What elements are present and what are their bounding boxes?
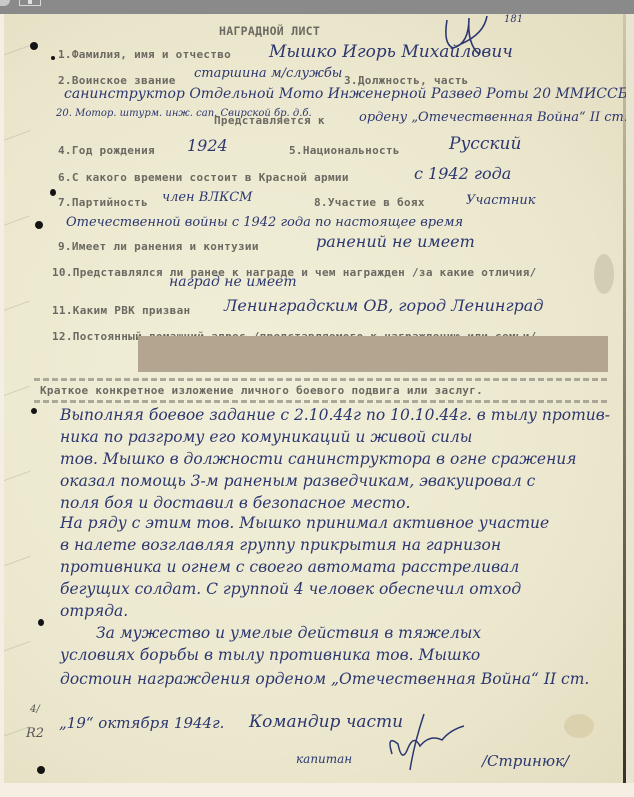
- field-value-combat: Участник Отечественной войны с 1942 года…: [66, 190, 616, 234]
- field-value-draft: Ленинградским ОВ, город Ленинград: [224, 296, 543, 315]
- narrative-line: оказал помощь 3-м раненым разведчикам, э…: [60, 472, 535, 490]
- field-label: 11.Каким РВК призван: [52, 304, 190, 317]
- stain: [564, 714, 594, 738]
- document-title: НАГРАДНОЙ ЛИСТ: [219, 24, 320, 38]
- narrative-line: условиях борьбы в тылу противника тов. М…: [60, 646, 480, 664]
- field-label: 10.Представлялся ли ранее к награде и че…: [52, 266, 602, 279]
- top-mark: 181: [504, 14, 523, 25]
- field-value-prev-awards: наград не имеет: [169, 274, 297, 290]
- field-label: 1.Фамилия, имя и отчество: [58, 48, 231, 61]
- punch-hole: [38, 619, 44, 626]
- field-label: 4.Год рождения: [58, 144, 155, 157]
- narrative-line: бегущих солдат. С группой 4 человек обес…: [60, 580, 521, 598]
- narrative-line: тов. Мышко в должности санинструктора в …: [60, 450, 577, 468]
- section-heading: Краткое конкретное изложение личного бое…: [40, 384, 483, 397]
- commander-signature-icon: [384, 704, 474, 774]
- scanned-document: 181 НАГРАДНОЙ ЛИСТ 1.Фамилия, имя и отче…: [4, 14, 626, 783]
- field-value-nationality: Русский: [449, 134, 521, 154]
- redacted-address: [138, 336, 608, 372]
- signatory-title: Командир части: [249, 712, 403, 732]
- punch-hole: [50, 189, 56, 196]
- narrative-line: отряда.: [60, 602, 128, 620]
- field-value-name: Мышко Игорь Михайлович: [269, 42, 513, 62]
- punch-hole: [35, 221, 43, 229]
- field-value-rank: старшина м/службы: [194, 66, 342, 81]
- margin-note: R2: [26, 726, 44, 741]
- field-value-army-since: с 1942 года: [414, 164, 511, 183]
- narrative-line: противника и огнем с своего автомата рас…: [60, 558, 519, 576]
- field-label: 5.Национальность: [289, 144, 400, 157]
- page-icon[interactable]: [19, 0, 41, 6]
- paper-edge: [623, 14, 626, 783]
- narrative-line: достоин награждения орденом „Отечественн…: [60, 670, 589, 688]
- divider: [34, 400, 609, 403]
- signatory-name: /Стринюк/: [482, 752, 569, 770]
- document-date: „19“ октября 1944г.: [59, 714, 224, 732]
- narrative-line: Выполняя боевое задание с 2.10.44г по 10…: [60, 406, 610, 424]
- field-value-wounds: ранений не имеет: [316, 232, 475, 251]
- field-label: Представляется к: [214, 114, 325, 127]
- narrative-line: поля боя и доставил в безопасное место.: [60, 494, 410, 512]
- punch-hole: [37, 766, 45, 774]
- viewer-toolbar: [0, 0, 634, 14]
- field-value-position: санинструктор Отдельной Мото Инженерной …: [64, 86, 626, 102]
- narrative-line: в налете возглавляя группу прикрытия на …: [60, 536, 501, 554]
- punch-hole: [31, 408, 37, 414]
- signatory-rank: капитан: [296, 752, 352, 766]
- punch-hole: [30, 42, 38, 50]
- paper-fold: [4, 14, 30, 783]
- margin-fraction: 4/: [30, 704, 40, 715]
- page-margin: [626, 14, 634, 783]
- narrative-line: На ряду с этим тов. Мышко принимал актив…: [60, 514, 549, 532]
- field-value-birth-year: 1924: [187, 136, 228, 155]
- narrative-line: За мужество и умелые действия в тяжелых: [96, 624, 481, 642]
- field-label: 6.С какого времени состоит в Красной арм…: [58, 171, 349, 184]
- eraser-icon[interactable]: [0, 0, 10, 6]
- punch-hole: [51, 56, 55, 60]
- divider: [34, 378, 609, 381]
- field-label: 9.Имеет ли ранения и контузии: [58, 240, 259, 253]
- field-value-award: ордену „Отечественная Война“ II ст.: [359, 110, 626, 125]
- narrative-line: ника по разгрому его комуникаций и живой…: [60, 428, 472, 446]
